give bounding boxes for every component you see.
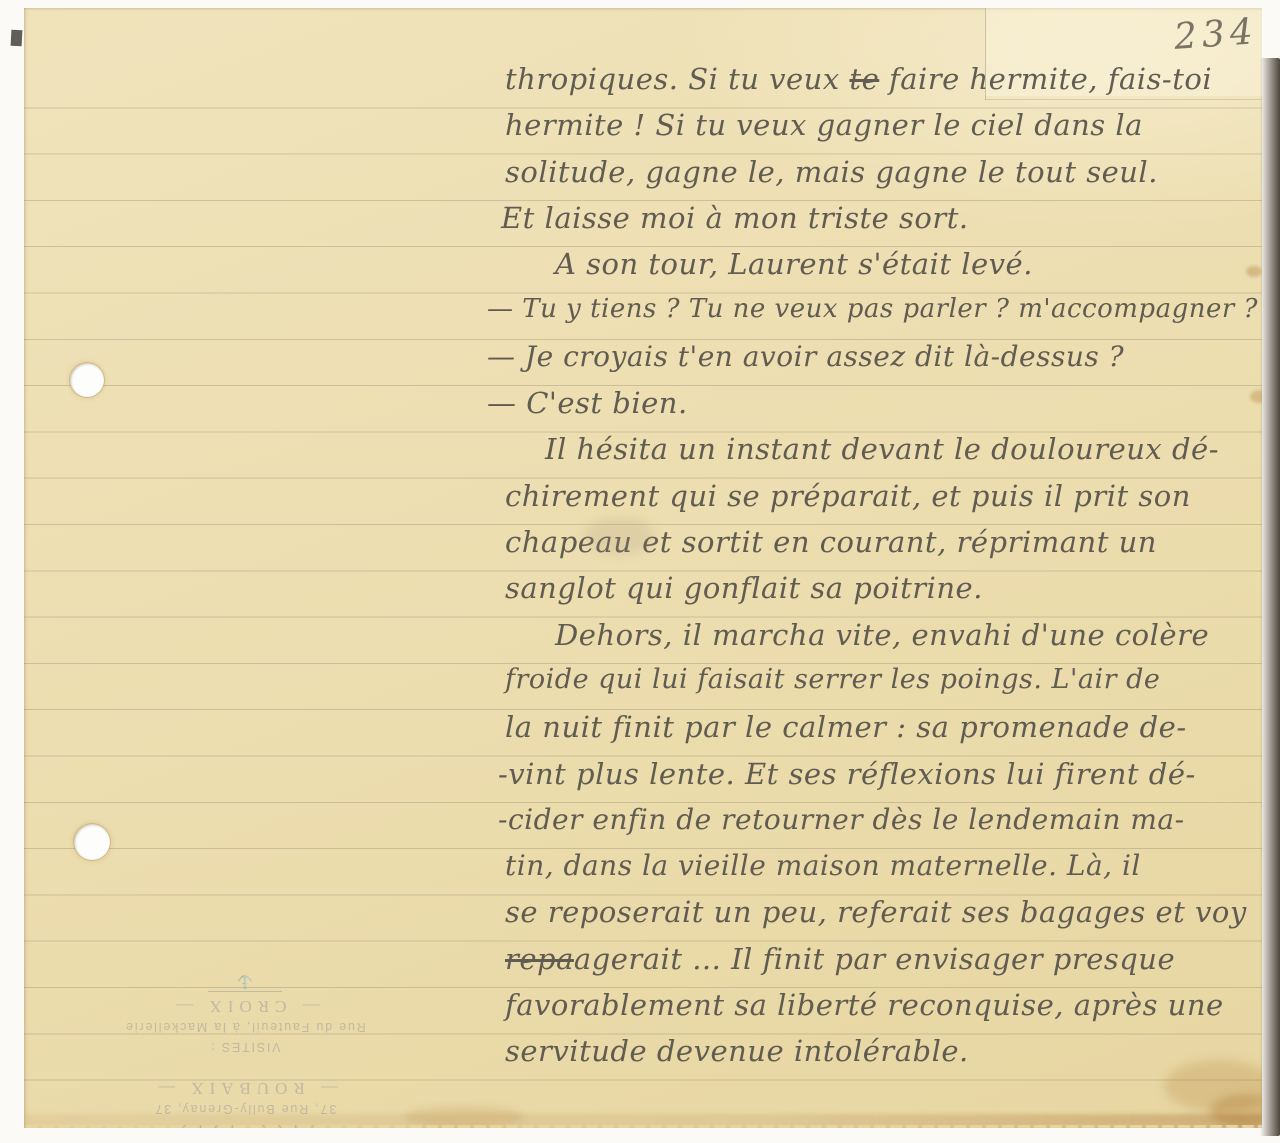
handwriting-line: hermite ! Si tu veux gagner le ciel dans… — [505, 108, 1143, 154]
strikethrough-word: te — [849, 62, 879, 96]
handwriting-line: servitude devenue intolérable. — [505, 1034, 969, 1080]
handwriting-line: sanglot qui gonflait sa poitrine. — [505, 571, 983, 617]
handwriting-line: Dehors, il marcha vite, envahi d'une col… — [555, 618, 1209, 664]
manuscript-page: 234 thropiques. Si tu veux te faire herm… — [24, 8, 1262, 1128]
handwriting-line: froide qui lui faisait serrer les poings… — [505, 664, 1160, 710]
handwriting-line: chapeau et sortit en courant, réprimant … — [505, 525, 1157, 571]
torn-bottom-edge — [24, 1125, 1262, 1128]
line-text: thropiques. Si tu veux — [505, 62, 849, 96]
line-text: faire hermite, fais-toi — [879, 62, 1212, 96]
handwriting-line: — C'est bien. — [487, 386, 688, 432]
handwriting-line: — Tu y tiens ? Tu ne veux pas parler ? m… — [487, 294, 1258, 340]
handwriting-line: se reposerait un peu, referait ses bagag… — [505, 895, 1247, 941]
scanned-manuscript-page: { "page": { "number": "234" }, "colors":… — [0, 0, 1280, 1143]
handwriting-line: A son tour, Laurent s'était levé. — [555, 247, 1033, 293]
handwriting-line: la nuit finit par le calmer : sa promena… — [505, 710, 1187, 756]
handwriting-line: Il hésita un instant devant le douloureu… — [545, 432, 1219, 478]
handwriting-line: Et laisse moi à mon triste sort. — [501, 201, 969, 247]
scan-shadow-right-edge — [1260, 58, 1280, 1136]
handwriting-line: -cider enfin de retourner dès le lendema… — [498, 803, 1185, 849]
handwriting-line: solitude, gagne le, mais gagne le tout s… — [505, 155, 1158, 201]
handwriting-line: thropiques. Si tu veux te faire hermite,… — [505, 62, 1212, 108]
handwriting-line: — Je croyais t'en avoir assez dit là-des… — [487, 340, 1124, 386]
scan-artifact-mark — [11, 30, 23, 47]
handwriting-block: thropiques. Si tu veux te faire hermite,… — [24, 8, 1262, 1128]
strikethrough-word: repa — [505, 942, 574, 976]
handwriting-line: -vint plus lente. Et ses réflexions lui … — [498, 757, 1196, 803]
handwriting-line: tin, dans la vieille maison maternelle. … — [505, 849, 1141, 895]
handwriting-line: repaagerait ... Il finit par envisager p… — [505, 942, 1175, 988]
handwriting-line: chirement qui se préparait, et puis il p… — [505, 479, 1191, 525]
line-text: agerait ... Il finit par envisager presq… — [574, 942, 1175, 976]
handwriting-line: favorablement sa liberté reconquise, apr… — [505, 988, 1224, 1034]
